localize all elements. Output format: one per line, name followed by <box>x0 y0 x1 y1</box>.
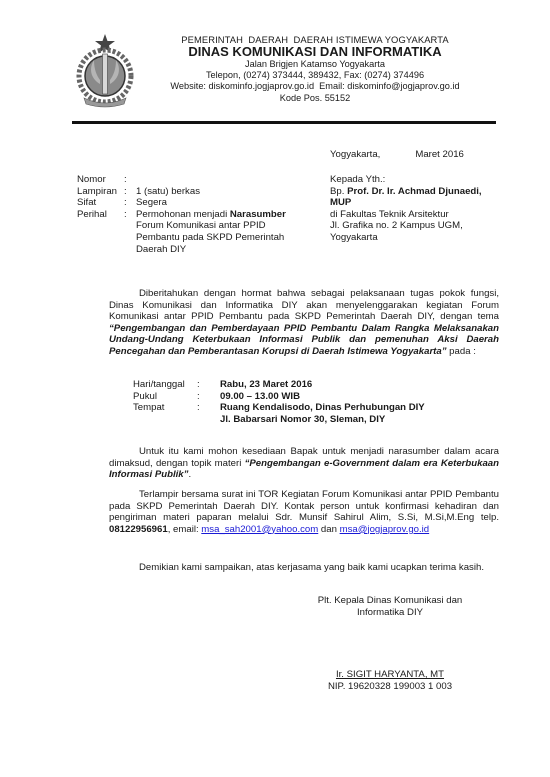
addressee-name: Prof. Dr. Ir. Achmad Djunaedi, MUP <box>330 186 482 209</box>
addressee-block: Kepada Yth.: Bp. Prof. Dr. Ir. Achmad Dj… <box>330 174 500 244</box>
letterhead-divider <box>72 121 496 124</box>
and-text: dan <box>318 524 339 535</box>
meta-row-lampiran: Lampiran : 1 (satu) berkas <box>77 186 296 198</box>
addressee-line2: Jl. Grafika no. 2 Kampus UGM, <box>330 220 500 232</box>
signatory-title-line1: Plt. Kepala Dinas Komunikasi dan <box>290 595 490 607</box>
meta-colon: : <box>124 186 136 198</box>
meta-label: Sifat <box>77 197 124 209</box>
schedule-colon: : <box>197 391 220 403</box>
contact-phone: 08122956961 <box>109 524 168 535</box>
paragraph-closing: Demikian kami sampaikan, atas kerjasama … <box>109 562 499 574</box>
signature-block: Ir. SIGIT HARYANTA, MT NIP. 19620328 199… <box>290 669 490 692</box>
schedule-label <box>133 414 197 426</box>
letterhead: PEMERINTAH DAERAH DAERAH ISTIMEWA YOGYAK… <box>130 34 500 104</box>
addressee-name-line: Bp. Prof. Dr. Ir. Achmad Djunaedi, MUP <box>330 186 500 209</box>
letter-date: Yogyakarta,Maret 2016 <box>330 149 464 161</box>
addressee-prefix: Bp. <box>330 186 347 197</box>
meta-colon: : <box>124 209 136 255</box>
meta-colon: : <box>124 197 136 209</box>
intro-end: pada : <box>447 346 476 357</box>
schedule-label: Hari/tanggal <box>133 379 197 391</box>
yogyakarta-emblem-icon <box>76 32 134 108</box>
paragraph-contact: Terlampir bersama surat ini TOR Kegiatan… <box>109 489 499 535</box>
signatory-nip: NIP. 19620328 199003 1 003 <box>290 681 490 693</box>
meta-value: 1 (satu) berkas <box>136 186 296 198</box>
signatory-name: Ir. SIGIT HARYANTA, MT <box>290 669 490 681</box>
signatory-title-line2: Informatika DIY <box>290 607 490 619</box>
letter-meta: Nomor : Lampiran : 1 (satu) berkas Sifat… <box>77 174 296 255</box>
addressee-line1: di Fakultas Teknik Arsitektur <box>330 209 500 221</box>
meta-colon: : <box>124 174 136 186</box>
paragraph-request: Untuk itu kami mohon kesediaan Bapak unt… <box>109 446 499 481</box>
schedule-value: Rabu, 23 Maret 2016 <box>220 379 312 391</box>
schedule-label: Tempat <box>133 402 197 414</box>
addressee-line3: Yogyakarta <box>330 232 500 244</box>
signature-title: Plt. Kepala Dinas Komunikasi dan Informa… <box>290 595 490 618</box>
date-city: Yogyakarta, <box>330 149 380 160</box>
meta-row-sifat: Sifat : Segera <box>77 197 296 209</box>
schedule-colon <box>197 414 220 426</box>
agency-phone: Telepon, (0274) 373444, 389432, Fax: (02… <box>130 70 500 81</box>
meta-row-nomor: Nomor : <box>77 174 296 186</box>
agency-postal-code: Kode Pos. 55152 <box>130 93 500 104</box>
schedule-row-date: Hari/tanggal : Rabu, 23 Maret 2016 <box>133 379 425 391</box>
agency-name: DINAS KOMUNIKASI DAN INFORMATIKA <box>130 45 500 59</box>
meta-value: Segera <box>136 197 296 209</box>
agency-address: Jalan Brigjen Katamso Yogyakarta <box>130 59 500 70</box>
meta-row-perihal: Perihal : Permohonan menjadi Narasumber … <box>77 209 296 255</box>
event-theme: “Pengembangan dan Pemberdayaan PPID Pemb… <box>109 323 499 357</box>
meta-label: Nomor <box>77 174 124 186</box>
paragraph-intro: Diberitahukan dengan hormat bahwa sebaga… <box>109 288 499 358</box>
meta-value <box>136 174 296 186</box>
meta-label: Perihal <box>77 209 124 255</box>
schedule-row-address: Jl. Babarsari Nomor 30, Sleman, DIY <box>133 414 425 426</box>
schedule-value: Jl. Babarsari Nomor 30, Sleman, DIY <box>220 414 385 426</box>
meta-value-subject: Permohonan menjadi Narasumber Forum Komu… <box>136 209 296 255</box>
request-end: . <box>188 469 191 480</box>
date-month-year: Maret 2016 <box>415 149 464 160</box>
subject-prefix: Permohonan menjadi <box>136 209 230 220</box>
schedule-value: Ruang Kendalisodo, Dinas Perhubungan DIY <box>220 402 425 414</box>
schedule-value: 09.00 – 13.00 WIB <box>220 391 300 403</box>
email-label: , email: <box>168 524 202 535</box>
schedule-label: Pukul <box>133 391 197 403</box>
subject-bold: Narasumber <box>230 209 286 220</box>
subject-rest: Forum Komunikasi antar PPID Pembantu pad… <box>136 220 284 254</box>
meta-label: Lampiran <box>77 186 124 198</box>
schedule-colon: : <box>197 379 220 391</box>
email-link-jogjaprov[interactable]: msa@jogjaprov.go.id <box>340 524 430 535</box>
email-link-yahoo[interactable]: msa_sah2001@yahoo.com <box>201 524 318 535</box>
contact-text: Terlampir bersama surat ini TOR Kegiatan… <box>109 489 499 523</box>
schedule-colon: : <box>197 402 220 414</box>
agency-web-email: Website: diskominfo.jogjaprov.go.id Emai… <box>130 81 500 92</box>
intro-text: Diberitahukan dengan hormat bahwa sebaga… <box>109 288 499 322</box>
schedule-row-place: Tempat : Ruang Kendalisodo, Dinas Perhub… <box>133 402 425 414</box>
schedule-row-time: Pukul : 09.00 – 13.00 WIB <box>133 391 425 403</box>
addressee-greeting: Kepada Yth.: <box>330 174 500 186</box>
event-schedule: Hari/tanggal : Rabu, 23 Maret 2016 Pukul… <box>133 379 425 425</box>
